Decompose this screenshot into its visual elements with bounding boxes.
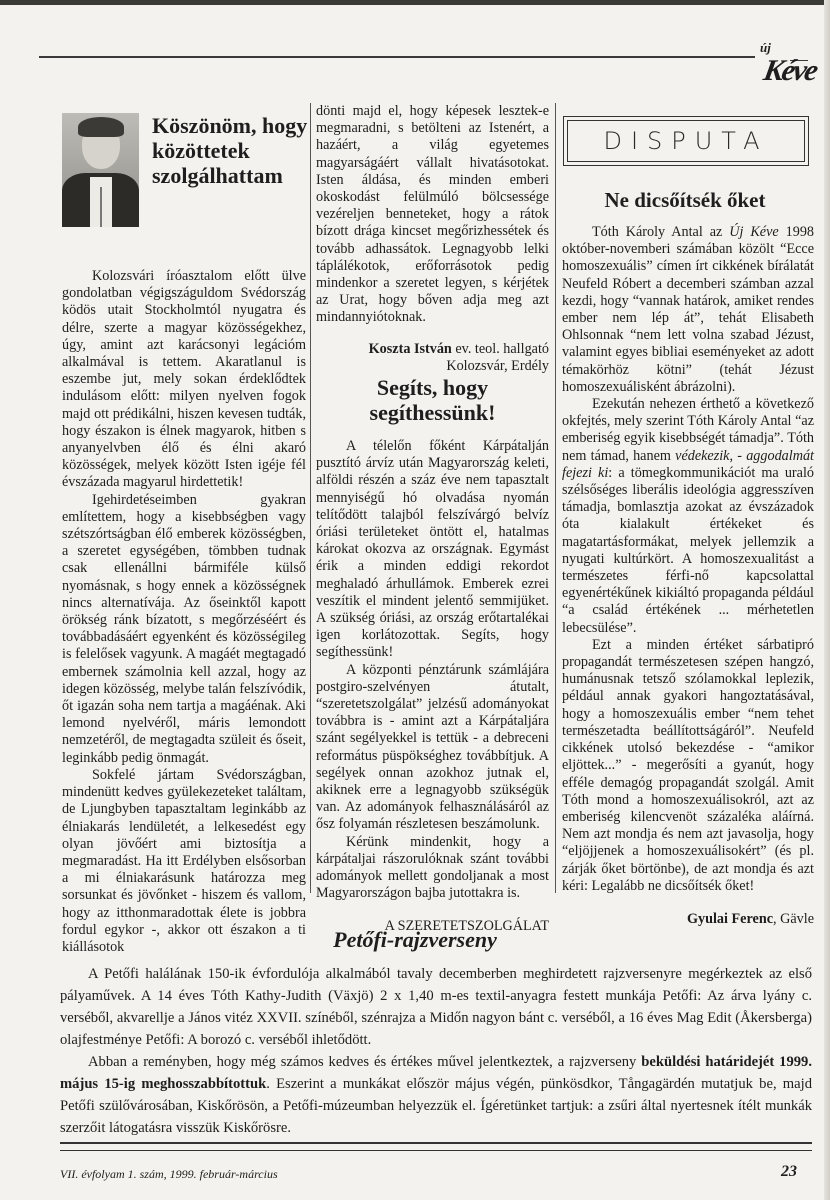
paragraph: Ezekután nehezen érthető a következő okf… bbox=[562, 396, 814, 637]
article-title-petofi: Petőfi-rajzverseny bbox=[0, 927, 830, 953]
paragraph: Kolozsvári íróasztalom előtt ülve gondol… bbox=[62, 268, 306, 492]
article-petofi-body: A Petőfi halálának 150-ik évfordulója al… bbox=[60, 963, 812, 1139]
paragraph: A Petőfi halálának 150-ik évfordulója al… bbox=[60, 963, 812, 1051]
section-label: DISPUTA bbox=[567, 120, 805, 162]
header-rule bbox=[39, 56, 755, 58]
scan-right-edge bbox=[824, 0, 830, 1200]
paragraph: A télelőn főként Kárpátalján pusztító ár… bbox=[316, 438, 549, 662]
column-divider bbox=[310, 103, 311, 893]
paragraph: Ezt a minden értéket sárbatipró propagan… bbox=[562, 637, 814, 895]
title-line: segíthessünk! bbox=[316, 400, 549, 425]
article-disputa-body: Tóth Károly Antal az Új Kéve 1998 októbe… bbox=[562, 224, 814, 928]
article-segits-body: A télelőn főként Kárpátalján pusztító ár… bbox=[316, 438, 549, 936]
issue-info: VII. évfolyam 1. szám, 1999. február-már… bbox=[60, 1167, 278, 1182]
paragraph: dönti majd el, hogy képesek lesztek-e me… bbox=[316, 103, 549, 327]
magazine-name: Új Kéve bbox=[729, 224, 778, 240]
paragraph: Igehirdetéseimben gyakran említettem, ho… bbox=[62, 492, 306, 767]
author-role: ev. teol. hallgató bbox=[452, 341, 549, 357]
paragraph: A központi pénztárunk számlájára postgir… bbox=[316, 662, 549, 834]
page-number: 23 bbox=[781, 1163, 797, 1181]
paragraph: Tóth Károly Antal az Új Kéve 1998 októbe… bbox=[562, 224, 814, 396]
column-divider bbox=[555, 103, 556, 893]
article-title-koszonom: Köszönöm, hogy közöttetek szolgálhattam bbox=[152, 113, 312, 188]
footer-rule bbox=[60, 1142, 812, 1151]
paragraph: Abban a reményben, hogy még számos kedve… bbox=[60, 1051, 812, 1139]
title-line: Segíts, hogy bbox=[316, 375, 549, 400]
masthead-large: Kéve bbox=[761, 54, 819, 88]
signature: Gyulai Ferenc, Gävle bbox=[562, 911, 814, 928]
author-place: , Gävle bbox=[773, 911, 814, 927]
article-title-ne-dicsoitsek: Ne dicsőítsék őket bbox=[563, 188, 807, 213]
signature-place: Kolozsvár, Erdély bbox=[316, 358, 549, 375]
disputa-section-box: DISPUTA bbox=[563, 116, 809, 166]
article-title-segits: Segíts, hogy segíthessünk! bbox=[316, 375, 549, 425]
author-name: Koszta István bbox=[369, 341, 452, 357]
masthead-logo: új Kéve bbox=[756, 40, 816, 90]
author-photo bbox=[62, 113, 139, 227]
article-koszonom-continuation: dönti majd el, hogy képesek lesztek-e me… bbox=[316, 103, 549, 375]
paragraph: Kérünk mindenkit, hogy a kárpátaljai rás… bbox=[316, 834, 549, 903]
signature: Koszta István ev. teol. hallgató bbox=[316, 341, 549, 358]
scan-top-edge bbox=[0, 0, 830, 5]
article-koszonom-body: Kolozsvári íróasztalom előtt ülve gondol… bbox=[62, 268, 306, 956]
author-name: Gyulai Ferenc bbox=[687, 911, 773, 927]
